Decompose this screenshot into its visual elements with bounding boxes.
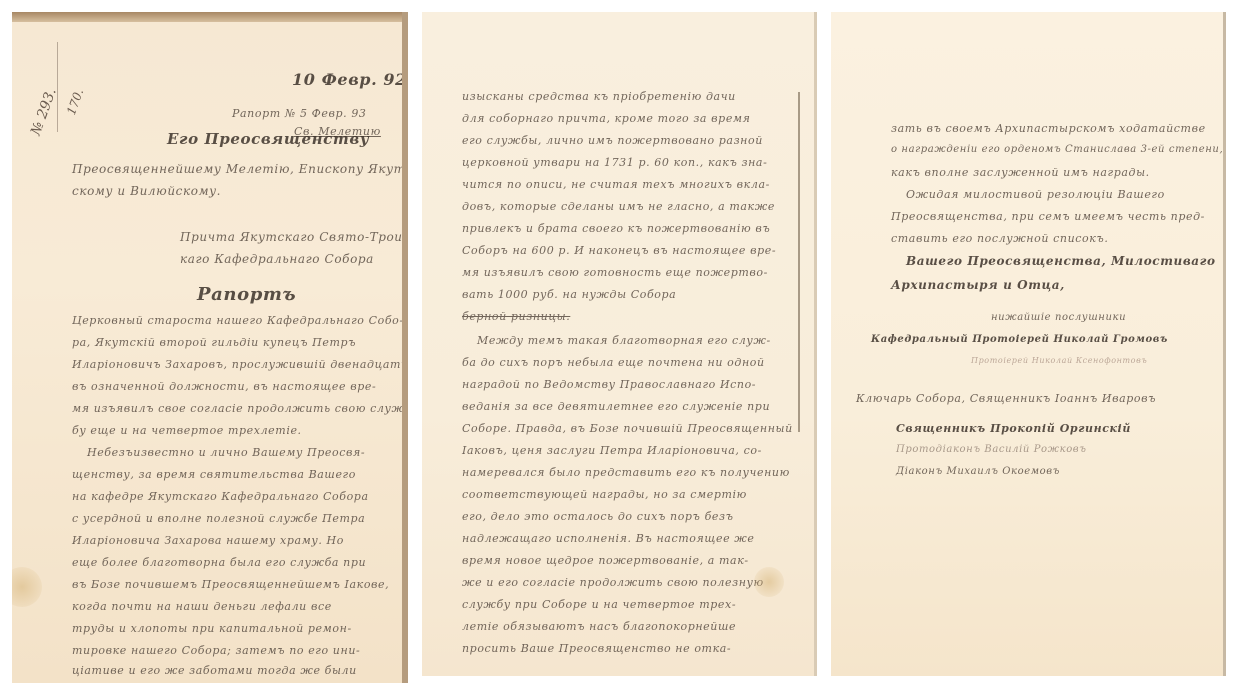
body-line: его, дело это осталось до сихъ поръ безъ <box>462 510 734 523</box>
body-line: надлежащаго исполненія. Въ настоящее же <box>462 532 755 545</box>
strikethrough-line: берной ризницы. <box>462 310 570 323</box>
body-line: Небезъизвестно и лично Вашему Преосвя- <box>87 446 365 459</box>
body-line: ставить его послужной списокъ. <box>891 232 1108 245</box>
body-line: для соборнаго причта, кроме того за врем… <box>462 112 751 125</box>
body-line: изысканы средства къ пріобретенію дачи <box>462 90 736 103</box>
body-line: ба до сихъ поръ небыла еще почтена ни од… <box>462 356 765 369</box>
body-line: мя изъявилъ свою готовность еще пожертво… <box>462 266 768 279</box>
body-line: Церковный староста нашего Кафедральнаго … <box>72 314 404 327</box>
body-line: соответствующей награды, но за смертію <box>462 488 747 501</box>
body-line: летіе обязываютъ насъ благопокорнейше <box>462 620 736 633</box>
body-line: намеревался было представить его къ полу… <box>462 466 790 479</box>
signature: Кафедральный Протоіерей Николай Громовъ <box>871 334 1168 345</box>
body-line: его службы, лично имъ пожертвовано разно… <box>462 134 763 147</box>
addressee-line: Преосвященнейшему Мелетію, Епископу Якут… <box>72 162 408 176</box>
document-heading: Рапортъ <box>197 284 296 305</box>
body-line: на кафедре Якутскаго Кафедральнаго Собор… <box>72 490 369 503</box>
body-line: довъ, которые сделаны имъ не гласно, а т… <box>462 200 775 213</box>
signature: Протоіерей Николай Ксенофонтовъ <box>971 356 1147 365</box>
sender-line: Причта Якутскаго Свято-Троиц- <box>180 230 408 244</box>
registration-note: Рапорт № 5 Февр. 93 <box>232 107 367 120</box>
body-line: Архипастыря и Отца, <box>891 278 1065 292</box>
manuscript-page-3: зать въ своемъ Архипастырскомъ ходатайст… <box>831 12 1226 676</box>
body-line: когда почти на наши деньги лефали все <box>72 600 332 613</box>
body-line: время новое щедрое пожертвованіе, а так- <box>462 554 749 567</box>
manuscript-page-2: изысканы средства къ пріобретенію дачи д… <box>422 12 817 676</box>
signature: Священникъ Прокопій Оргинскій <box>896 422 1131 435</box>
body-line: Преосвященства, при семъ имеемъ честь пр… <box>891 210 1205 223</box>
body-line: Соборъ на 600 р. И наконецъ въ настоящее… <box>462 244 776 257</box>
paper-stain <box>754 567 784 597</box>
signature: Протодіаконъ Василій Рожковъ <box>896 444 1087 455</box>
addressee-line: скому и Вилюйскому. <box>72 184 221 198</box>
body-line: службу при Соборе и на четвертое трех- <box>462 598 736 611</box>
body-line: въ означенной должности, въ настоящее вр… <box>72 380 376 393</box>
margin-rule <box>57 42 58 132</box>
body-line: Иларіоновичъ Захаровъ, прослужившій двен… <box>72 358 408 371</box>
body-line: труды и хлопоты при капитальной ремон- <box>72 622 352 635</box>
body-line: тировке нашего Собора; затемъ по его ини… <box>72 644 360 657</box>
page-fold-line <box>798 92 800 432</box>
body-line: же и его согласіе продолжить свою полезн… <box>462 576 764 589</box>
body-line: Между темъ такая благотворная его служ- <box>477 334 771 347</box>
body-line: зать въ своемъ Архипастырскомъ ходатайст… <box>891 122 1206 135</box>
closing-line: нижайшіе послушники <box>991 312 1126 323</box>
paper-stain <box>12 567 42 607</box>
body-line: щенству, за время святительства Вашего <box>72 468 356 481</box>
body-line: просить Ваше Преосвященство не отка- <box>462 642 731 655</box>
body-line: мя изъявилъ свое согласіе продолжить сво… <box>72 402 408 415</box>
signature: Діаконъ Михаилъ Окоемовъ <box>896 466 1060 477</box>
body-line: ціативе и его же заботами тогда же были <box>72 664 357 677</box>
addressee-title: Его Преосвященству <box>167 130 369 148</box>
body-line: привлекъ и брата своего къ пожертвованію… <box>462 222 770 235</box>
signature: Ключарь Собора, Священникъ Іоаннъ Иваров… <box>856 392 1156 405</box>
manuscript-page-1: № 293. 170. 10 Февр. 92 Рапорт № 5 Февр.… <box>12 12 408 683</box>
body-line: какъ вполне заслуженной имъ награды. <box>891 166 1150 179</box>
body-line: о награжденіи его орденомъ Станислава 3-… <box>891 144 1223 155</box>
body-line: Иларіоновича Захарова нашему храму. Но <box>72 534 344 547</box>
body-line: вать 1000 руб. на нужды Собора <box>462 288 676 301</box>
body-line: Соборе. Правда, въ Бозе почившій Преосвя… <box>462 422 793 435</box>
body-line: Вашего Преосвященства, Милостиваго <box>906 254 1216 268</box>
body-line: Ожидая милостивой резолюціи Вашего <box>906 188 1165 201</box>
body-line: церковной утвари на 1731 р. 60 коп., как… <box>462 156 767 169</box>
body-line: наградой по Ведомству Православнаго Испо… <box>462 378 756 391</box>
sender-line: каго Кафедральнаго Собора <box>180 252 374 266</box>
margin-note-secondary: 170. <box>64 87 86 117</box>
date-note: 10 Февр. 92 <box>292 70 407 89</box>
body-line: ра, Якутскій второй гильдіи купецъ Петръ <box>72 336 356 349</box>
margin-note-number: № 293. <box>28 86 60 137</box>
body-line: Іаковъ, ценя заслуги Петра Иларіоновича,… <box>462 444 762 457</box>
body-line: еще более благотворна была его служба пр… <box>72 556 366 569</box>
body-line: бу еще и на четвертое трехлетіе. <box>72 424 302 437</box>
body-line: веданія за все девятилетнее его служеніе… <box>462 400 770 413</box>
body-line: с усердной и вполне полезной службе Петр… <box>72 512 365 525</box>
body-line: въ Бозе почившемъ Преосвященнейшемъ Іако… <box>72 578 389 591</box>
body-line: чится по описи, не считая техъ многихъ в… <box>462 178 770 191</box>
